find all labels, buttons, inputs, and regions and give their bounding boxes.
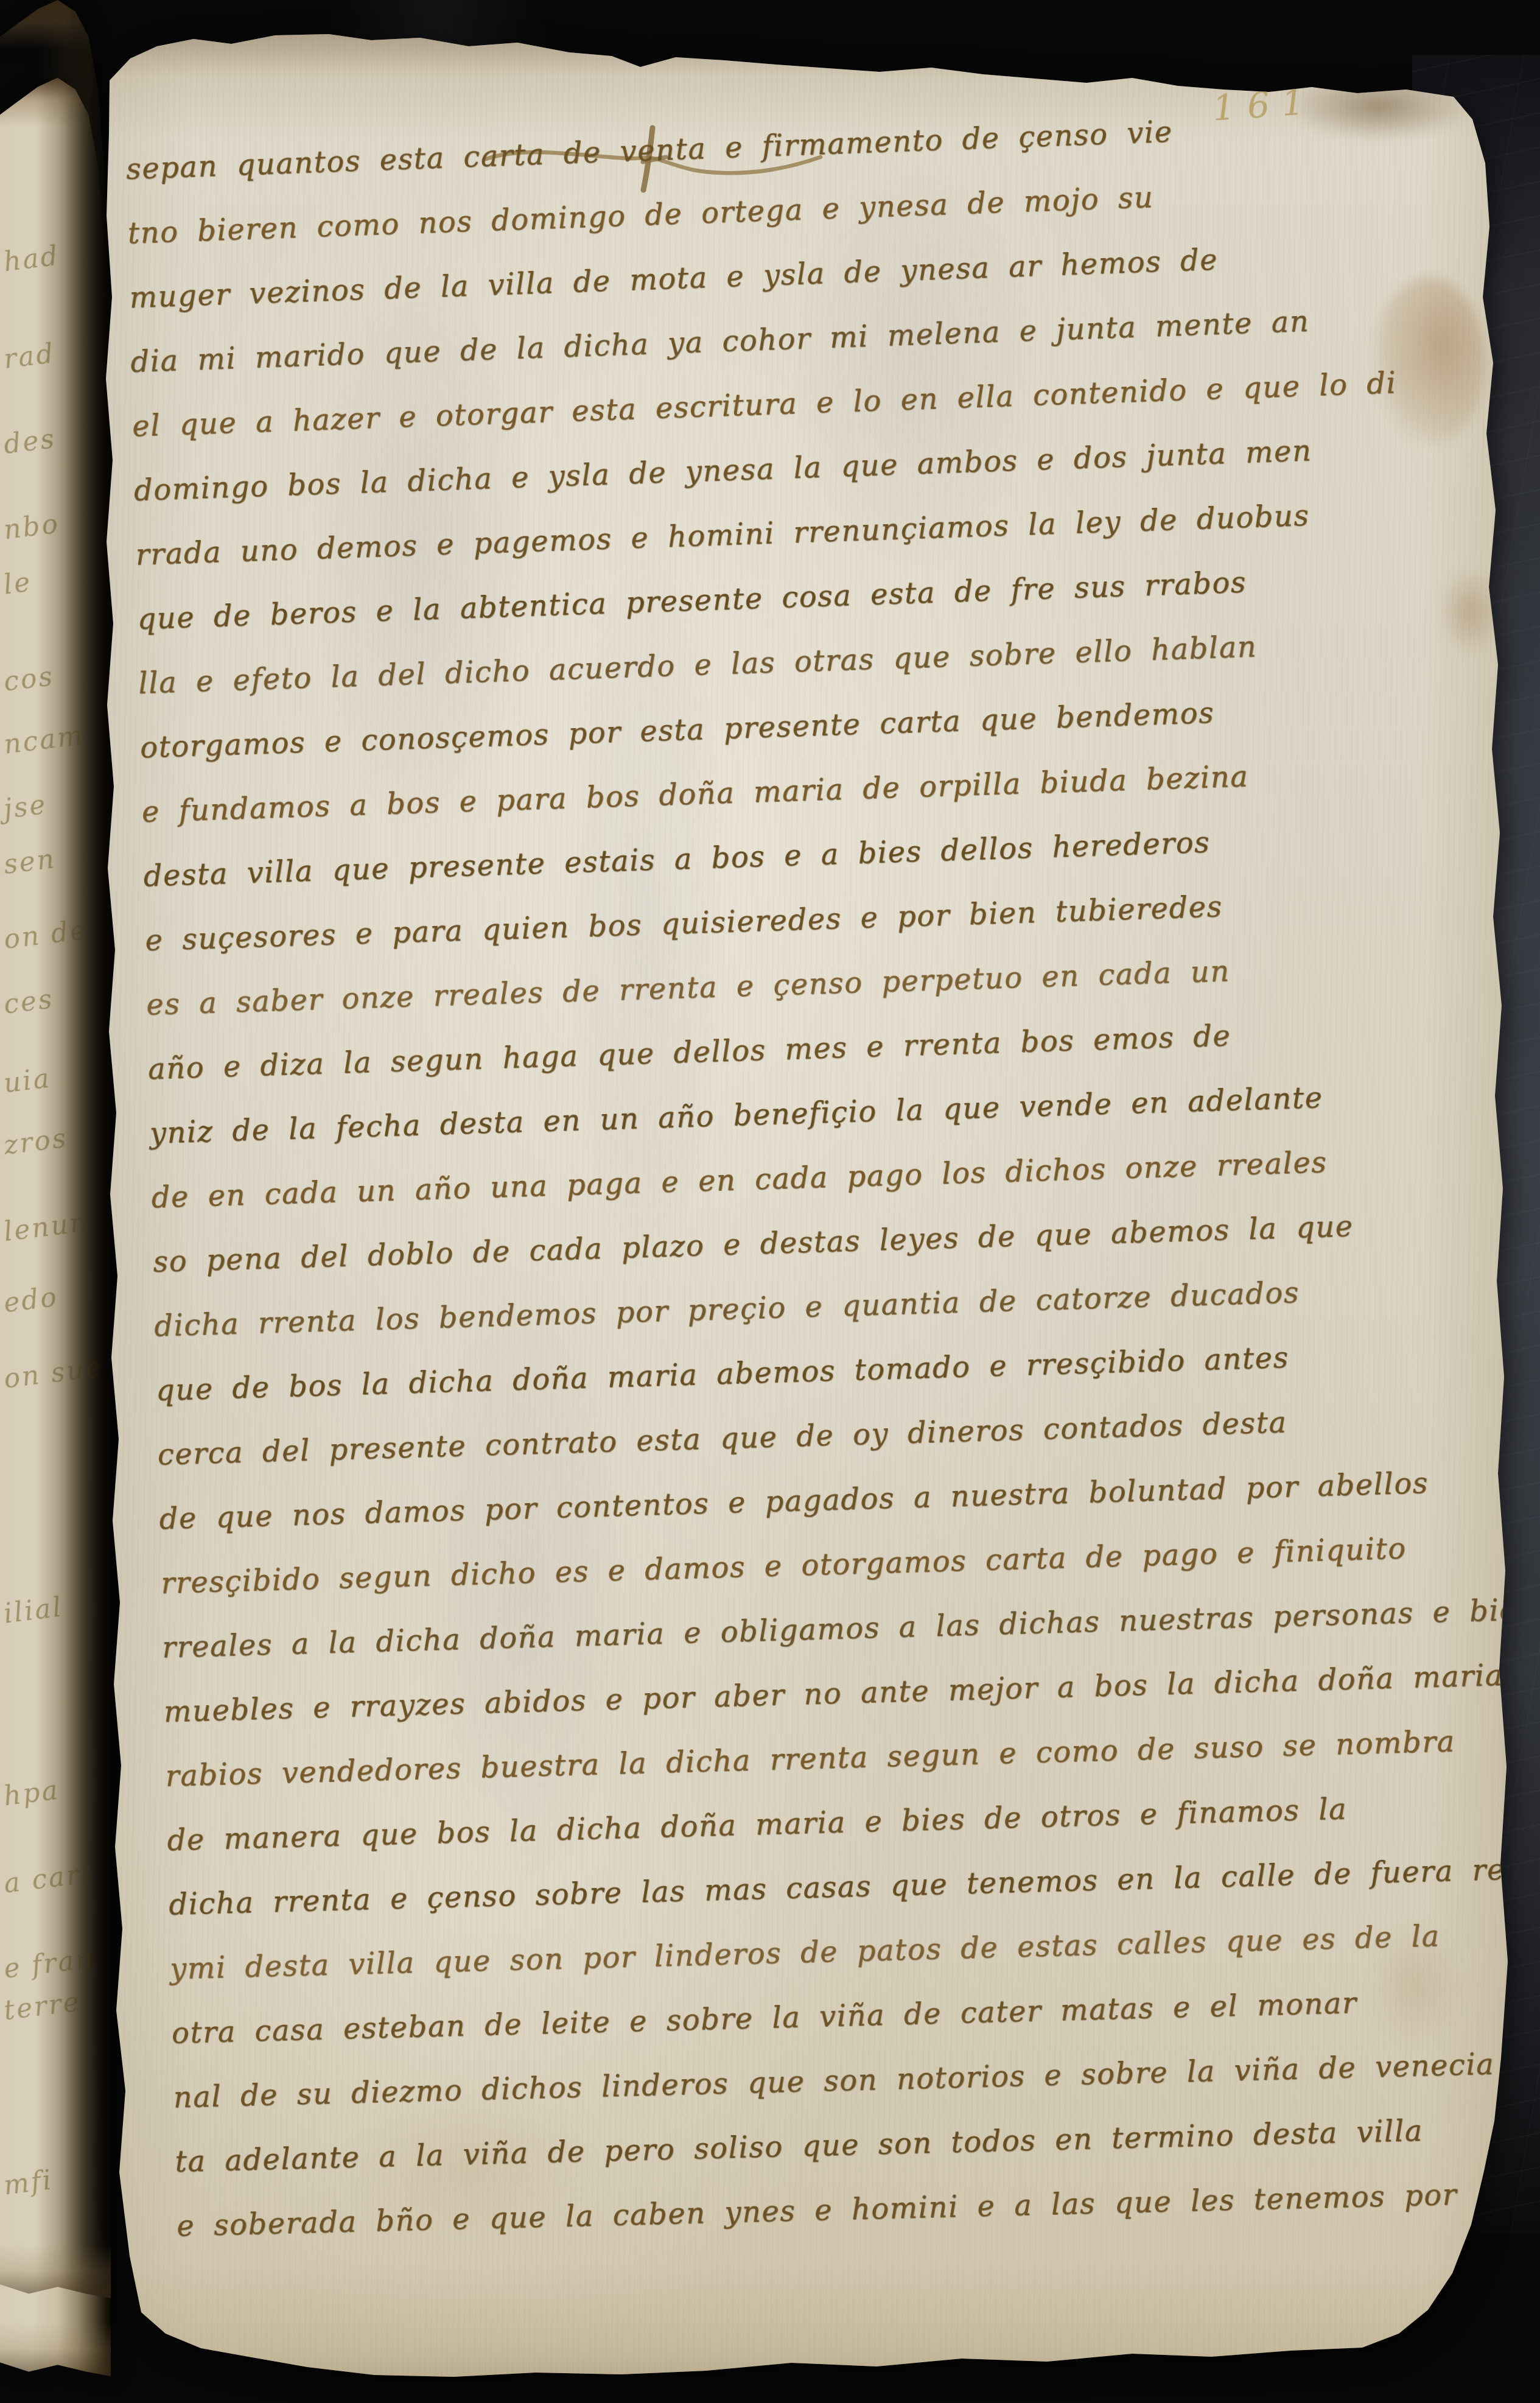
facing-page-text-fragment: zros xyxy=(2,1123,69,1161)
facing-page-text-fragment: on sue xyxy=(2,1352,105,1395)
facing-page-text-fragment: des xyxy=(2,423,57,460)
facing-page-text-fragment: rad xyxy=(2,338,57,375)
facing-page-text-fragment: e fran xyxy=(2,1943,96,1985)
facing-page-edge: hadraddesnbolecosncamjsesenon decesuiazr… xyxy=(0,78,111,2376)
facing-page-text-fragment: ilial xyxy=(2,1591,65,1630)
facing-page-text-fragment: le xyxy=(2,566,33,600)
facing-page-text-fragment: terre xyxy=(2,1986,82,2026)
facing-page-text-fragment: ces xyxy=(2,983,55,1020)
facing-page-text-fragment: uia xyxy=(2,1062,52,1099)
text-block: sepan quantos esta carta de venta e firm… xyxy=(125,103,1540,2281)
facing-page-text-fragment: jse xyxy=(2,789,49,825)
facing-page-text-fragment: ncam xyxy=(2,720,86,760)
manuscript-page: 161 sepan quantos esta carta de venta e … xyxy=(0,0,1540,2403)
facing-page-text-fragment: sen xyxy=(2,843,58,880)
facing-page-text-fragment: a cart xyxy=(2,1858,95,1900)
facing-page-text-fragment: mfi xyxy=(2,2164,55,2201)
facing-page-text-fragment: hpa xyxy=(2,1775,61,1812)
facing-page-text-fragment: on de xyxy=(2,914,89,955)
facing-page-text-fragment: lenun xyxy=(2,1207,90,1248)
photograph-background: hadraddesnbolecosncamjsesenon decesuiazr… xyxy=(0,0,1540,2403)
facing-page-text-fragment: had xyxy=(2,240,61,278)
facing-page-text-fragment: nbo xyxy=(2,508,61,546)
facing-page-text-fragment: cos xyxy=(2,661,55,698)
facing-page-text-fragment: edo xyxy=(2,1282,60,1319)
